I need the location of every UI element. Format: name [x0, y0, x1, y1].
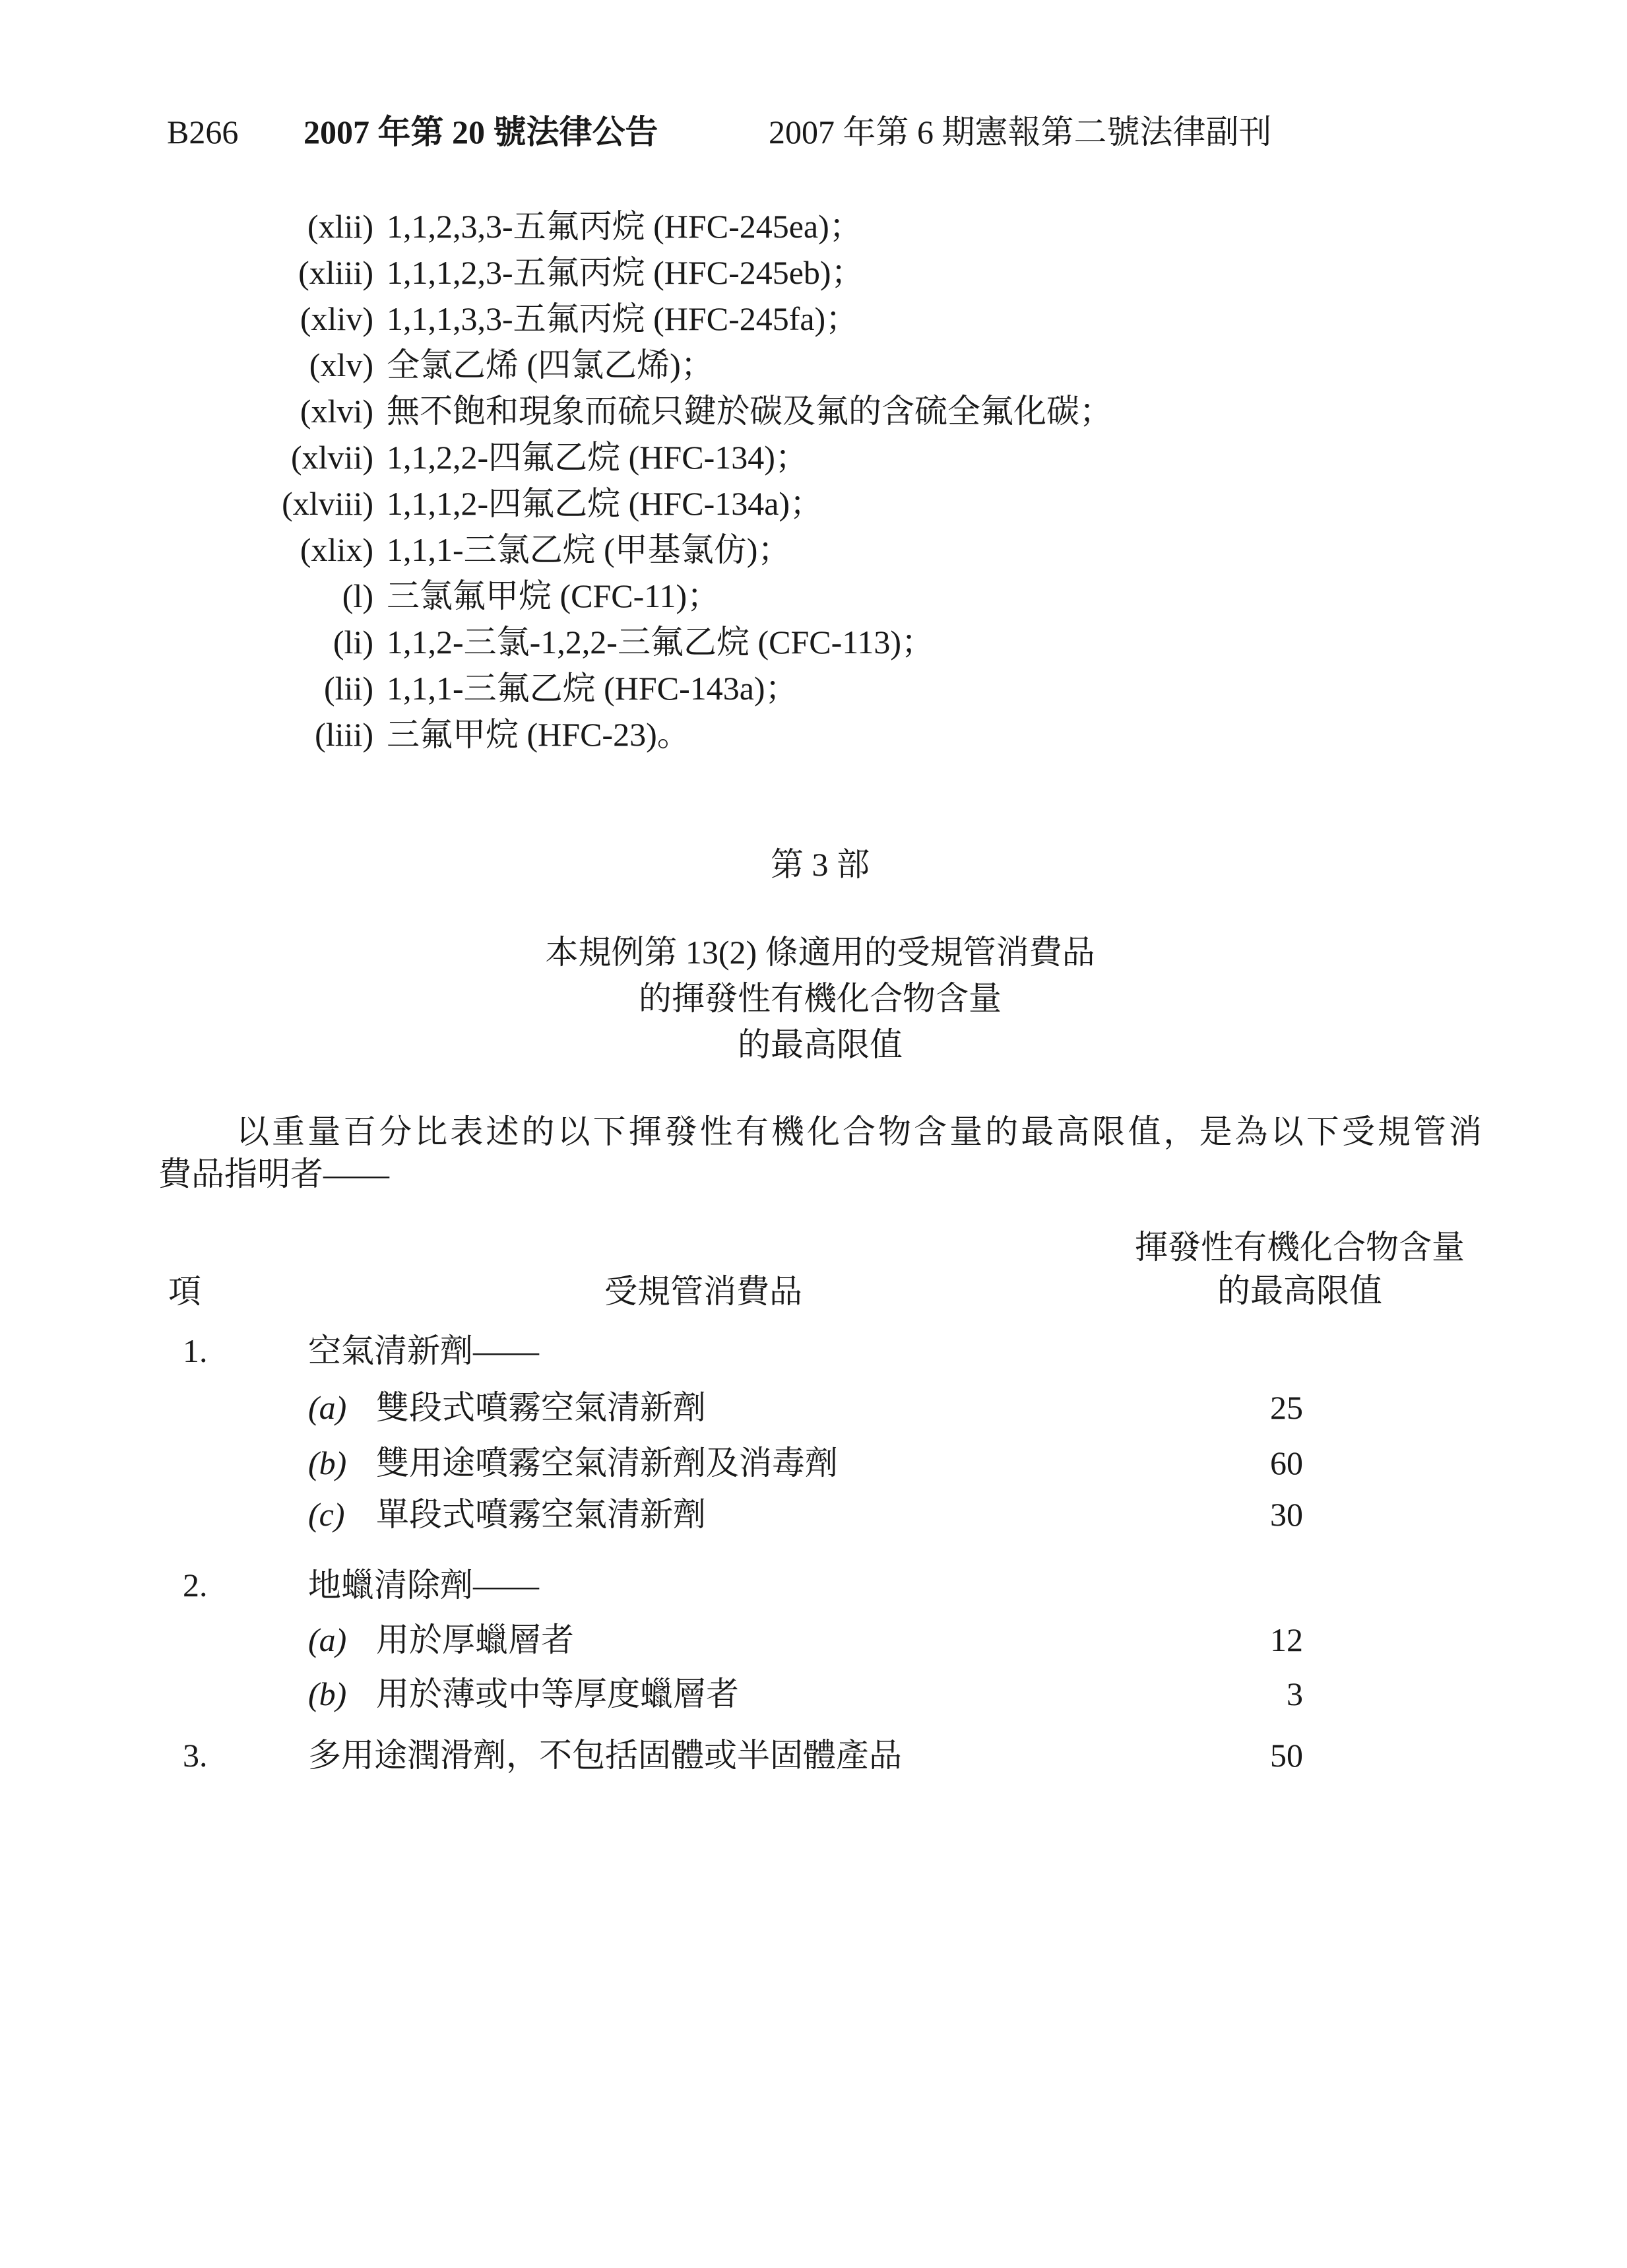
chem-item: (xliii) 1,1,1,2,3-五氟丙烷 (HFC-245eb)； [0, 249, 1627, 296]
part-heading: 第 3 部 [158, 841, 1482, 888]
table-subrow: (c) 單段式噴霧空氣清新劑 30 [0, 1491, 1627, 1538]
table-col-product-header: 受規管消費品 [505, 1268, 901, 1314]
row-number: 3. [183, 1732, 208, 1778]
chem-item-text: 1,1,2,3,3-五氟丙烷 (HFC-245ea)； [387, 203, 862, 249]
intro-line: 費品指明者—— [158, 1153, 1482, 1195]
table-subrow: (b) 雙用途噴霧空氣清新劑及消毒劑 60 [0, 1440, 1627, 1486]
table-col-item-header: 項 [168, 1268, 201, 1314]
chem-item-label: (xlviii) [158, 480, 373, 527]
chem-item-text: 三氟甲烷 (HFC-23)。 [387, 711, 690, 758]
table-subrow: (b) 用於薄或中等厚度蠟層者 3 [0, 1671, 1627, 1717]
subrow-text: 單段式噴霧空氣清新劑 [376, 1491, 706, 1538]
table-row: 1. 空氣清新劑—— [0, 1328, 1627, 1374]
intro-line: 以重量百分比表述的以下揮發性有機化合物含量的最高限值，是為以下受規管消 [158, 1111, 1482, 1153]
chem-item-text: 三氯氟甲烷 (CFC-11)； [387, 573, 720, 619]
chem-item-label: (lii) [158, 665, 373, 711]
table-col-limit-line1: 揮發性有機化合物含量 [1115, 1225, 1484, 1269]
subrow-text: 用於厚蠟層者 [376, 1617, 574, 1663]
row-value: 50 [1122, 1732, 1303, 1778]
schedule-title: 本規例第 13(2) 條適用的受規管消費品 的揮發性有機化合物含量 的最高限值 [158, 929, 1482, 1068]
chem-item-text: 1,1,1,2-四氟乙烷 (HFC-134a)； [387, 480, 823, 527]
table-row: 3. 多用途潤滑劑，不包括固體或半固體產品 50 [0, 1732, 1627, 1778]
chem-item-text: 1,1,2-三氯-1,2,2-三氟乙烷 (CFC-113)； [387, 619, 934, 665]
table-subrow: (a) 雙段式噴霧空氣清新劑 25 [0, 1384, 1627, 1431]
row-number: 2. [183, 1562, 208, 1608]
row-number: 1. [183, 1328, 208, 1374]
chem-item-text: 1,1,1,2,3-五氟丙烷 (HFC-245eb)； [387, 249, 864, 296]
notice-title: 2007 年第 20 號法律公告 [303, 117, 658, 146]
subrow-value: 25 [1122, 1384, 1303, 1431]
chem-item-text: 全氯乙烯 (四氯乙烯)； [387, 342, 714, 388]
row-heading: 多用途潤滑劑，不包括固體或半固體產品 [308, 1732, 902, 1778]
chem-item: (xliv) 1,1,1,3,3-五氟丙烷 (HFC-245fa)； [0, 296, 1627, 342]
subrow-text: 雙段式噴霧空氣清新劑 [376, 1384, 706, 1431]
subrow-value: 60 [1122, 1440, 1303, 1486]
schedule-title-line: 的揮發性有機化合物含量 [158, 975, 1482, 1021]
gazette-page: { "header": { "page_number": "B266", "no… [0, 0, 1627, 2268]
chem-item-label: (li) [158, 619, 373, 665]
chem-item: (xlvi) 無不飽和現象而硫只鍵於碳及氟的含硫全氟化碳； [0, 388, 1627, 434]
table-col-limit-header: 揮發性有機化合物含量 的最高限值 [1115, 1225, 1484, 1312]
subrow-label: (b) [308, 1671, 346, 1717]
subrow-value: 30 [1122, 1491, 1303, 1538]
subrow-text: 雙用途噴霧空氣清新劑及消毒劑 [376, 1440, 838, 1486]
chem-item: (liii) 三氟甲烷 (HFC-23)。 [0, 711, 1627, 758]
subrow-label: (a) [308, 1617, 346, 1663]
row-heading: 地蠟清除劑—— [308, 1562, 539, 1608]
chem-item-text: 1,1,1,3,3-五氟丙烷 (HFC-245fa)； [387, 296, 858, 342]
chem-item: (li) 1,1,2-三氯-1,2,2-三氟乙烷 (CFC-113)； [0, 619, 1627, 665]
chem-item-label: (xliii) [158, 249, 373, 296]
chem-item-label: (l) [158, 573, 373, 619]
chem-item-label: (xlvi) [158, 388, 373, 434]
gazette-issue: 2007 年第 6 期憲報第二號法律副刊 [769, 117, 1272, 146]
schedule-title-line: 的最高限值 [158, 1021, 1482, 1068]
chem-item-label: (xliv) [158, 296, 373, 342]
chem-item: (xlvii) 1,1,2,2-四氟乙烷 (HFC-134)； [0, 434, 1627, 480]
subrow-label: (a) [308, 1384, 346, 1431]
chem-item: (xlviii) 1,1,1,2-四氟乙烷 (HFC-134a)； [0, 480, 1627, 527]
chem-item: (xlii) 1,1,2,3,3-五氟丙烷 (HFC-245ea)； [0, 203, 1627, 249]
chem-item: (lii) 1,1,1-三氟乙烷 (HFC-143a)； [0, 665, 1627, 711]
chem-item-label: (xlvii) [158, 434, 373, 480]
subrow-value: 3 [1122, 1671, 1303, 1717]
row-heading: 空氣清新劑—— [308, 1328, 539, 1374]
chem-item-text: 1,1,1-三氯乙烷 (甲基氯仿)； [387, 527, 790, 573]
chem-item-text: 無不飽和現象而硫只鍵於碳及氟的含硫全氟化碳； [387, 388, 1112, 434]
subrow-value: 12 [1122, 1617, 1303, 1663]
chem-item: (l) 三氯氟甲烷 (CFC-11)； [0, 573, 1627, 619]
page-number: B266 [167, 117, 238, 146]
subrow-label: (b) [308, 1440, 346, 1486]
intro-paragraph: 以重量百分比表述的以下揮發性有機化合物含量的最高限值，是為以下受規管消 費品指明… [158, 1111, 1482, 1195]
chem-item: (xlv) 全氯乙烯 (四氯乙烯)； [0, 342, 1627, 388]
chem-item-label: (liii) [158, 711, 373, 758]
chem-item-label: (xlv) [158, 342, 373, 388]
chem-item-text: 1,1,2,2-四氟乙烷 (HFC-134)； [387, 434, 808, 480]
table-row: 2. 地蠟清除劑—— [0, 1562, 1627, 1608]
schedule-title-line: 本規例第 13(2) 條適用的受規管消費品 [158, 929, 1482, 975]
chem-item-label: (xlii) [158, 203, 373, 249]
chem-item: (xlix) 1,1,1-三氯乙烷 (甲基氯仿)； [0, 527, 1627, 573]
subrow-label: (c) [308, 1491, 345, 1538]
table-subrow: (a) 用於厚蠟層者 12 [0, 1617, 1627, 1663]
table-col-limit-line2: 的最高限值 [1115, 1269, 1484, 1312]
subrow-text: 用於薄或中等厚度蠟層者 [376, 1671, 739, 1717]
chem-item-label: (xlix) [158, 527, 373, 573]
chem-item-text: 1,1,1-三氟乙烷 (HFC-143a)； [387, 665, 798, 711]
